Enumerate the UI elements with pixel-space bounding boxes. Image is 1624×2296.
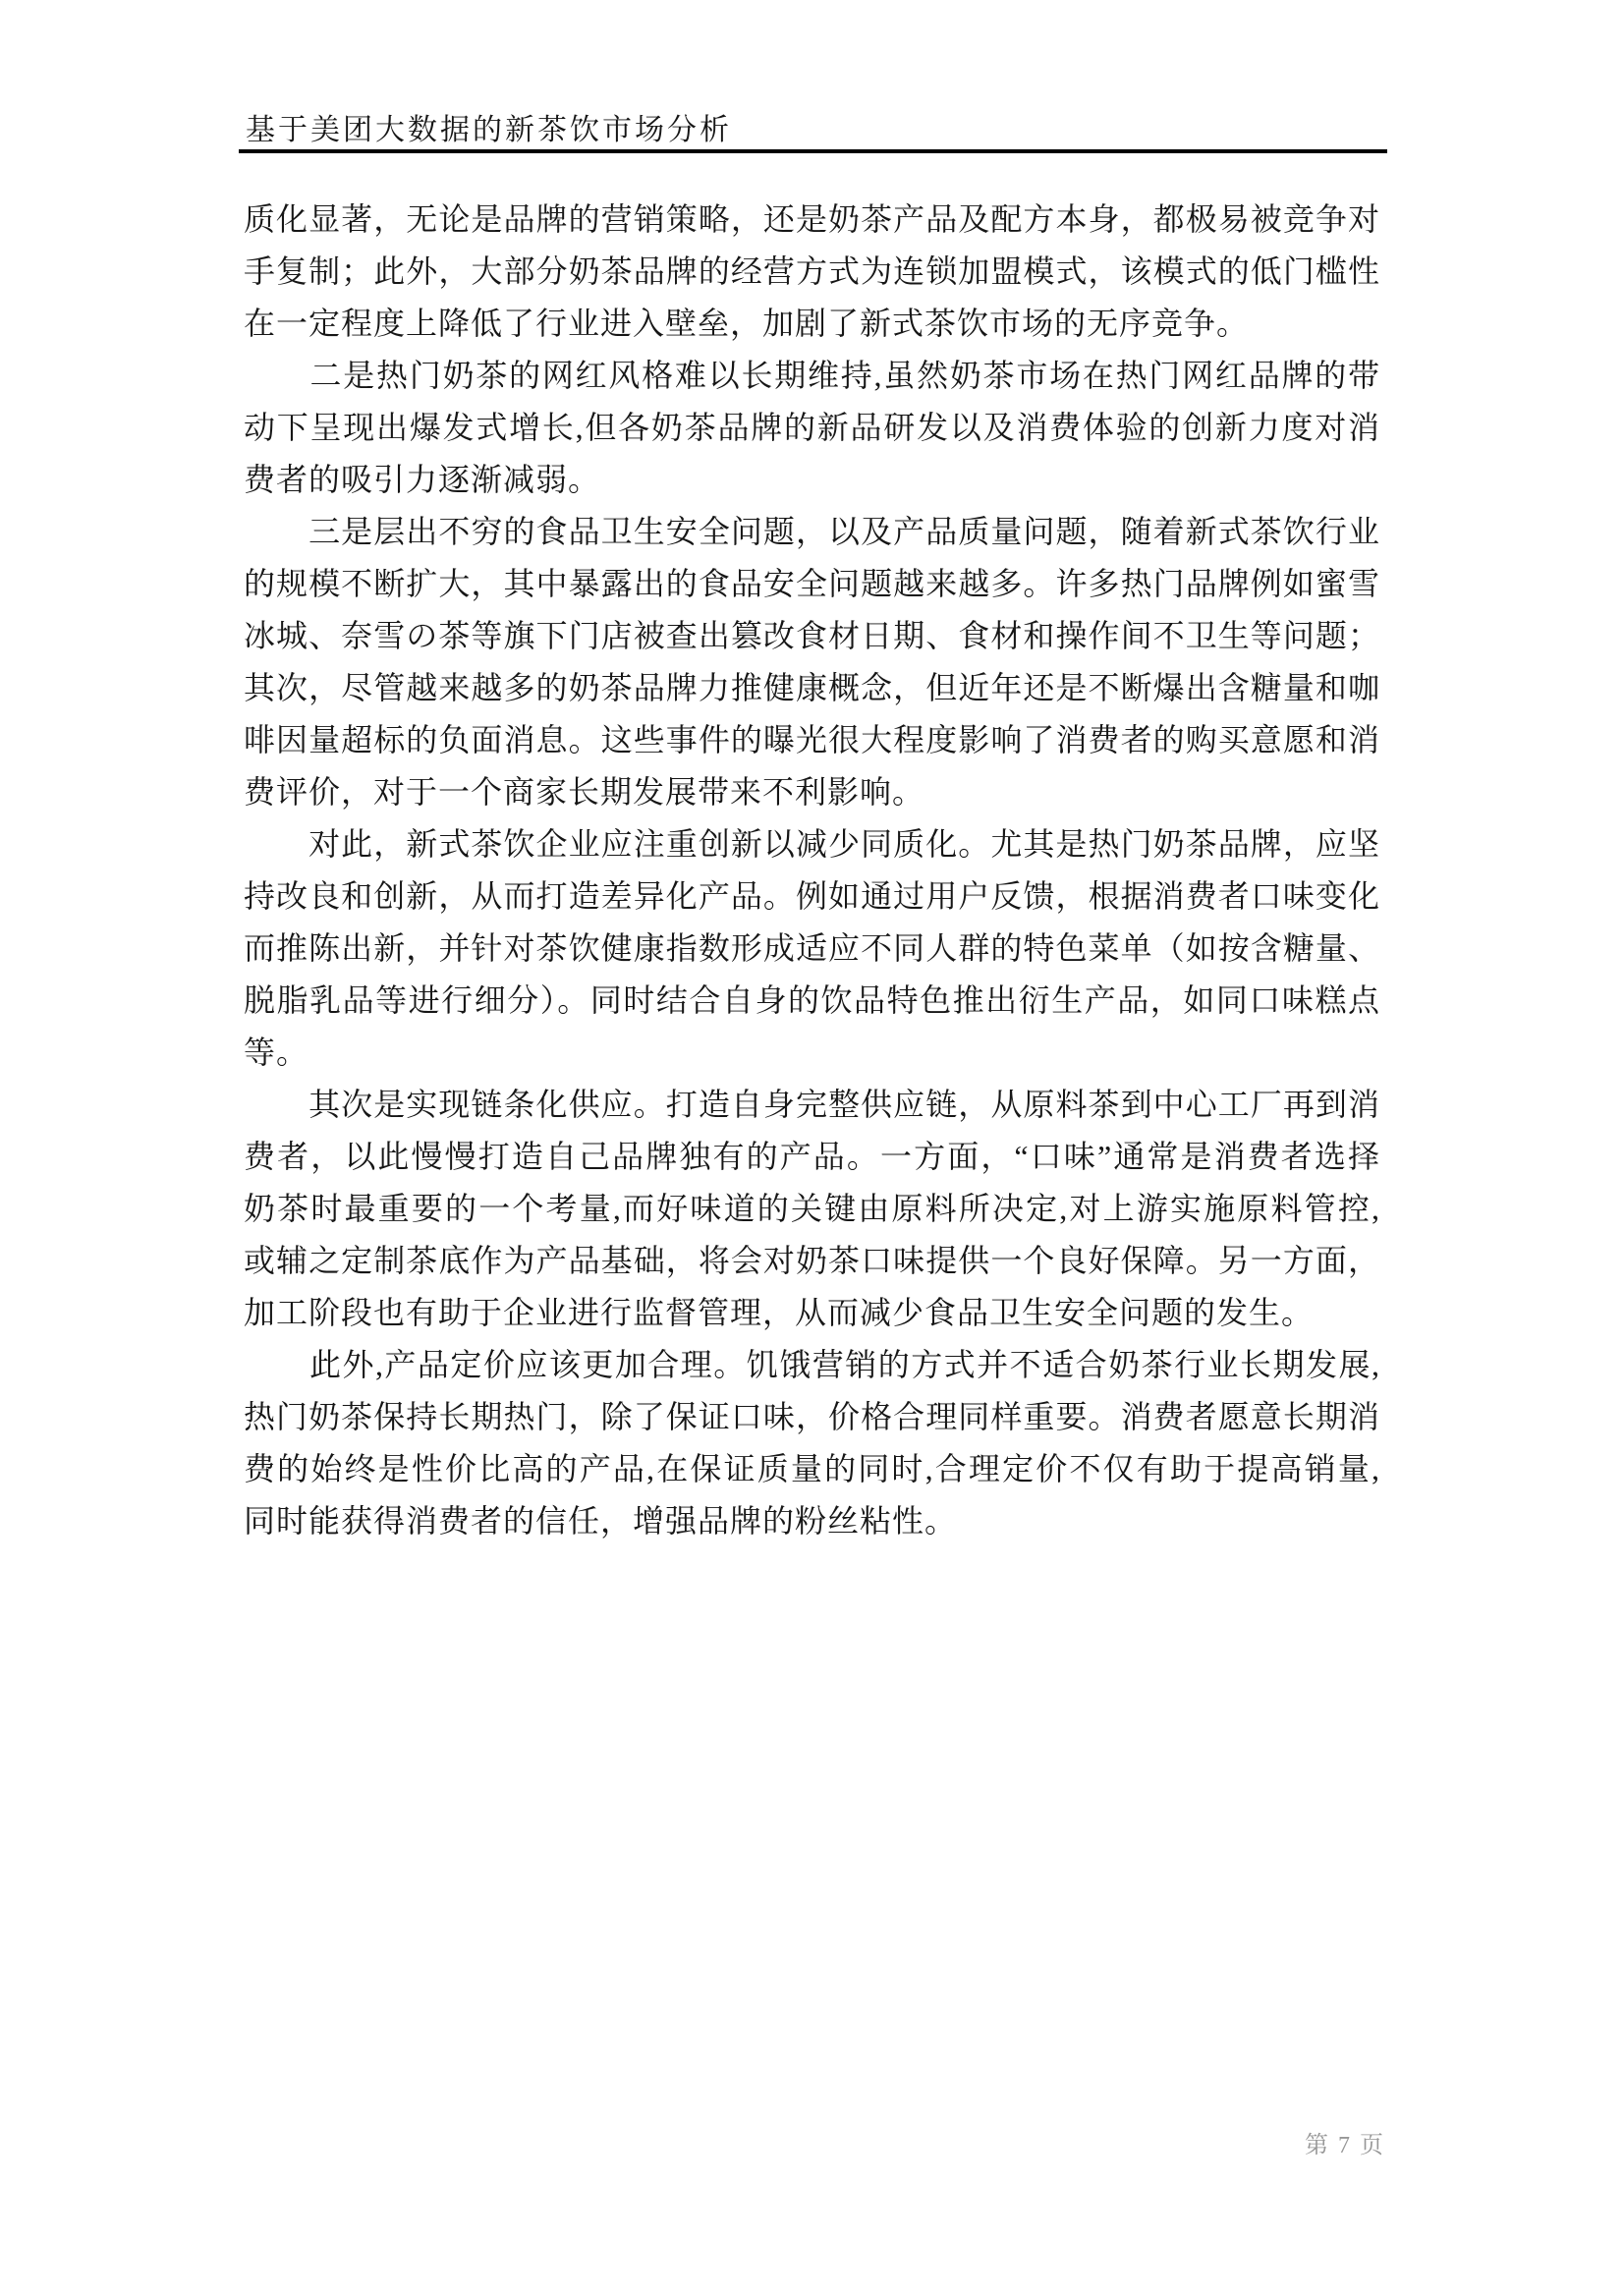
text-line: 在一定程度上降低了行业进入壁垒，加剧了新式茶饮市场的无序竞争。 — [244, 298, 1380, 350]
text-line: 质化显著，无论是品牌的营销策略，还是奶茶产品及配方本身，都极易被竞争对 — [244, 194, 1380, 246]
text-line: 三是层出不穷的食品卫生安全问题，以及产品质量问题，随着新式茶饮行业 — [244, 506, 1380, 558]
text-line: 动下呈现出爆发式增长,但各奶茶品牌的新品研发以及消费体验的创新力度对消 — [244, 402, 1380, 454]
text-line: 啡因量超标的负面消息。这些事件的曝光很大程度影响了消费者的购买意愿和消 — [244, 714, 1380, 766]
page-number: 第 7 页 — [1305, 2130, 1385, 2161]
text-line: 手复制；此外，大部分奶茶品牌的经营方式为连锁加盟模式，该模式的低门槛性 — [244, 246, 1380, 298]
text-line: 其次，尽管越来越多的奶茶品牌力推健康概念，但近年还是不断爆出含糖量和咖 — [244, 662, 1380, 714]
page-header-title: 基于美团大数据的新茶饮市场分析 — [246, 112, 732, 149]
text-line: 同时能获得消费者的信任，增强品牌的粉丝粘性。 — [244, 1495, 1380, 1547]
paragraph: 二是热门奶茶的网红风格难以长期维持,虽然奶茶市场在热门网红品牌的带动下呈现出爆发… — [244, 350, 1380, 506]
paragraph: 对此，新式茶饮企业应注重创新以减少同质化。尤其是热门奶茶品牌，应坚持改良和创新，… — [244, 818, 1380, 1079]
text-line: 其次是实现链条化供应。打造自身完整供应链，从原料茶到中心工厂再到消 — [244, 1079, 1380, 1131]
text-line: 持改良和创新，从而打造差异化产品。例如通过用户反馈，根据消费者口味变化 — [244, 870, 1380, 923]
document-body: 质化显著，无论是品牌的营销策略，还是奶茶产品及配方本身，都极易被竞争对手复制；此… — [244, 194, 1380, 1547]
text-line: 脱脂乳品等进行细分）。同时结合自身的饮品特色推出衍生产品，如同口味糕点 — [244, 975, 1380, 1027]
text-line: 此外,产品定价应该更加合理。饥饿营销的方式并不适合奶茶行业长期发展, — [244, 1339, 1380, 1391]
text-line: 热门奶茶保持长期热门，除了保证口味，价格合理同样重要。消费者愿意长期消 — [244, 1391, 1380, 1443]
header-rule — [239, 149, 1387, 153]
text-line: 费者，以此慢慢打造自己品牌独有的产品。一方面，“口味”通常是消费者选择 — [244, 1131, 1380, 1183]
text-line: 的规模不断扩大，其中暴露出的食品安全问题越来越多。许多热门品牌例如蜜雪 — [244, 558, 1380, 610]
text-line: 奶茶时最重要的一个考量,而好味道的关键由原料所决定,对上游实施原料管控, — [244, 1183, 1380, 1235]
paragraph: 三是层出不穷的食品卫生安全问题，以及产品质量问题，随着新式茶饮行业的规模不断扩大… — [244, 506, 1380, 818]
text-line: 费评价，对于一个商家长期发展带来不利影响。 — [244, 766, 1380, 818]
text-line: 费者的吸引力逐渐减弱。 — [244, 454, 1380, 506]
text-line: 冰城、奈雪の茶等旗下门店被查出篡改食材日期、食材和操作间不卫生等问题； — [244, 610, 1380, 662]
text-line: 等。 — [244, 1027, 1380, 1079]
paragraph: 质化显著，无论是品牌的营销策略，还是奶茶产品及配方本身，都极易被竞争对手复制；此… — [244, 194, 1380, 350]
paragraph: 其次是实现链条化供应。打造自身完整供应链，从原料茶到中心工厂再到消费者，以此慢慢… — [244, 1079, 1380, 1339]
paragraph: 此外,产品定价应该更加合理。饥饿营销的方式并不适合奶茶行业长期发展,热门奶茶保持… — [244, 1339, 1380, 1547]
text-line: 加工阶段也有助于企业进行监督管理，从而减少食品卫生安全问题的发生。 — [244, 1287, 1380, 1339]
text-line: 二是热门奶茶的网红风格难以长期维持,虽然奶茶市场在热门网红品牌的带 — [244, 350, 1380, 402]
text-line: 或辅之定制茶底作为产品基础，将会对奶茶口味提供一个良好保障。另一方面， — [244, 1235, 1380, 1287]
text-line: 对此，新式茶饮企业应注重创新以减少同质化。尤其是热门奶茶品牌，应坚 — [244, 818, 1380, 870]
text-line: 费的始终是性价比高的产品,在保证质量的同时,合理定价不仅有助于提高销量, — [244, 1443, 1380, 1495]
text-line: 而推陈出新，并针对茶饮健康指数形成适应不同人群的特色菜单（如按含糖量、 — [244, 923, 1380, 975]
document-page: 基于美团大数据的新茶饮市场分析 质化显著，无论是品牌的营销策略，还是奶茶产品及配… — [0, 0, 1624, 2296]
